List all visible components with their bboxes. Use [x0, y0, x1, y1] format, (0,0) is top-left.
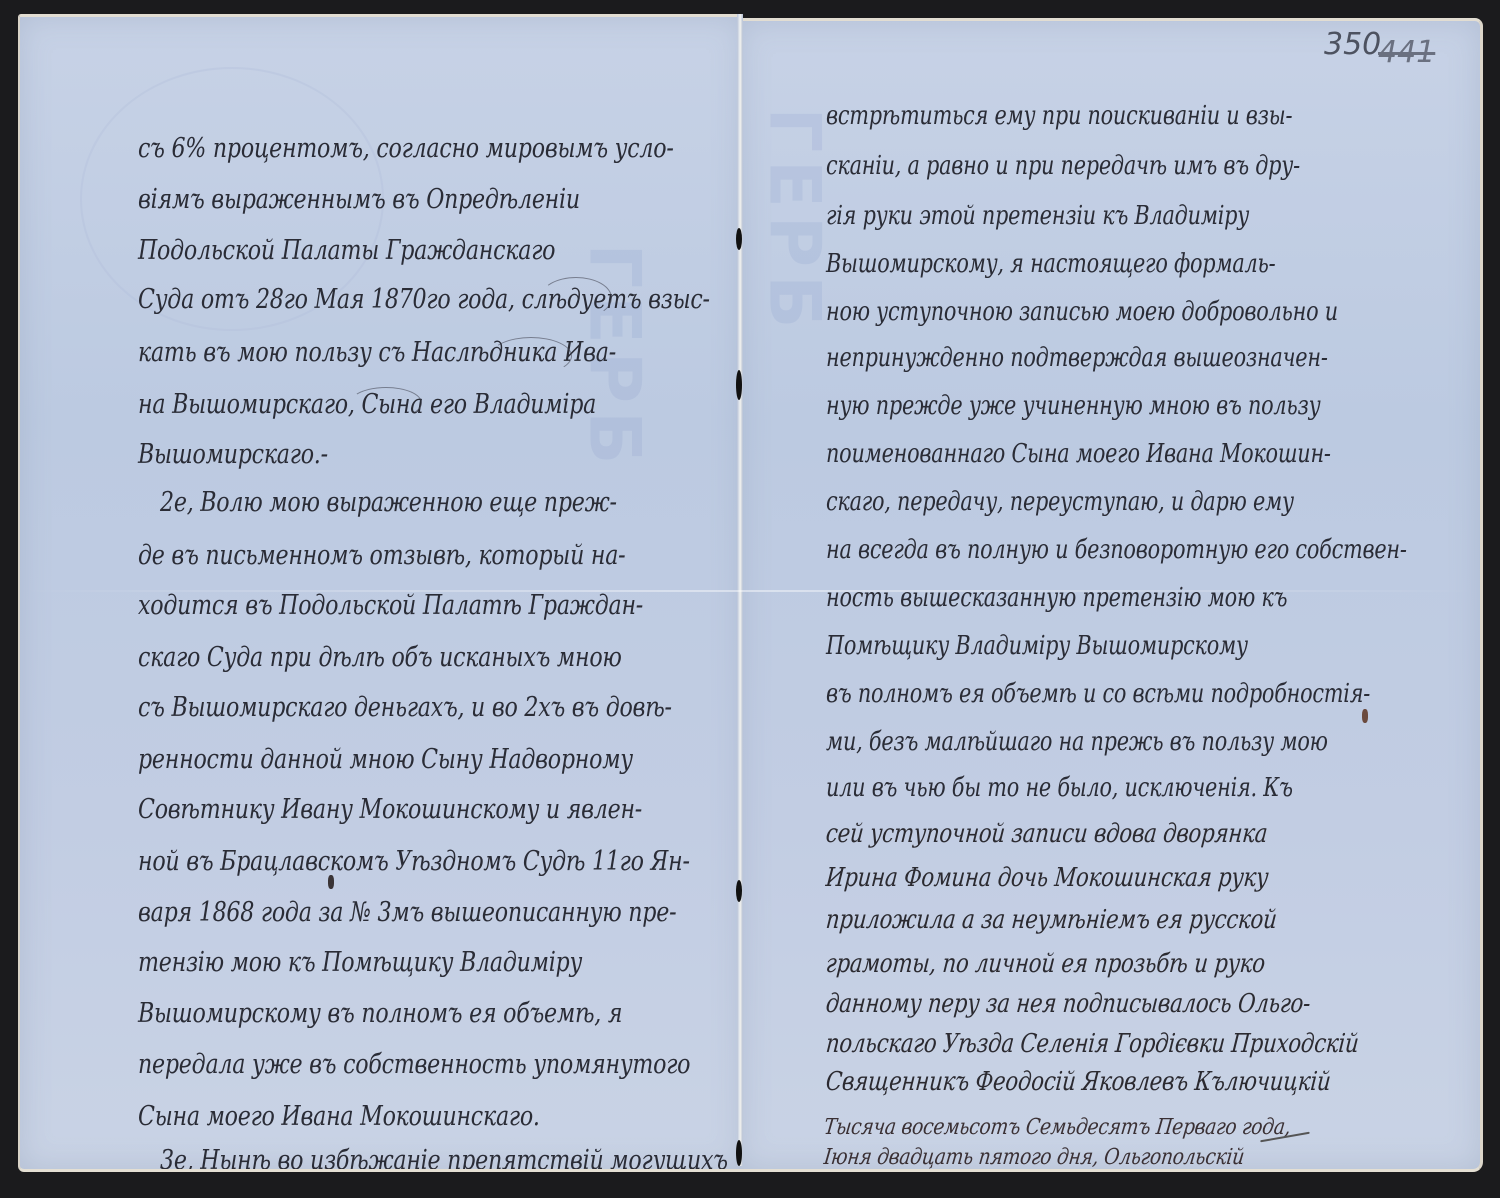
text-line: тензію мою къ Помѣщику Владиміру — [138, 947, 582, 978]
signature-line: данному перу за нея подписывалось Ольго- — [825, 989, 1312, 1019]
text-line: съ Вышомирскаго деньгахъ, и во 2хъ въ до… — [138, 692, 672, 723]
signature-line: Ирина Фомина дочь Мокошинская руку — [825, 863, 1270, 893]
binding-hole — [736, 228, 742, 250]
text-line: ми, безъ малѣйшаго на прежь въ пользу мо… — [826, 727, 1328, 757]
text-line: въ полномъ ея объемѣ и со всѣми подробно… — [826, 679, 1370, 709]
paragraph-2-start: 2е, Волю мою выраженною еще преж- — [160, 487, 617, 518]
text-line: Вышомирскаго.- — [138, 439, 328, 470]
text-line: скаго Суда при дѣлѣ объ исканыхъ мною — [138, 642, 622, 673]
text-line: поименованнаго Сына моего Ивана Мокошин- — [826, 439, 1331, 469]
text-line: ходится въ Подольской Палатѣ Граждан- — [138, 590, 643, 621]
text-line: передала уже въ собственность упомянутог… — [138, 1049, 690, 1080]
court-attestation-line: Іюня двадцать пятого дня, Ольгопольскій — [823, 1145, 1246, 1170]
text-line: ною уступочною записью моею добровольно … — [826, 297, 1338, 327]
right-page: ГЕРБ 350 441 встрѣтиться ему при поискив… — [740, 18, 1483, 1172]
capital-flourish — [350, 387, 422, 419]
text-line: ренности данной мною Сыну Надворному — [138, 744, 633, 775]
signature-line: сей уступочной записи вдова дворянка — [825, 819, 1269, 849]
signature-line: Священникъ Феодосій Яковлевъ Кълючицкій — [825, 1067, 1332, 1097]
binding-hole — [736, 880, 742, 902]
signature-line: приложила а за неумѣніемъ ея русской — [825, 905, 1278, 935]
left-page: ГЕРБ съ 6% процентомъ, согласно мировымъ… — [18, 14, 742, 1172]
capital-flourish — [540, 277, 612, 319]
text-line: ной въ Брацлавскомъ Уѣздномъ Судѣ 11го Я… — [138, 846, 690, 877]
horizontal-fold-crease — [18, 590, 1480, 592]
text-line: де въ письменномъ отзывѣ, который на- — [138, 540, 625, 571]
ink-spot — [1362, 709, 1368, 723]
signature-line: грамоты, по личной ея прозьбѣ и руко — [825, 949, 1266, 979]
text-line: съ 6% процентомъ, согласно мировымъ усло… — [138, 133, 674, 164]
text-line: Суда отъ 28го Мая 1870го года, слѣдуетъ … — [138, 284, 710, 315]
text-line: Вышомирскому, я настоящего формаль- — [826, 249, 1275, 279]
text-line: Помѣщику Владиміру Вышомирскому — [826, 631, 1248, 661]
text-line: ность вышесказанную претензію мою къ — [826, 583, 1287, 613]
text-line: или въ чью бы то не было, исключенія. Къ — [826, 773, 1293, 803]
capital-flourish — [490, 337, 572, 375]
folio-number-old-crossed: 441 — [1378, 35, 1435, 70]
text-line: варя 1868 года за № 3мъ вышеописанную пр… — [138, 897, 676, 928]
paragraph-3-start: 3е, Нынѣ во избѣжаніе препятствій могущи… — [160, 1145, 728, 1172]
text-line: Подольской Палаты Гражданскаго — [138, 235, 555, 266]
text-line: Совѣтнику Ивану Мокошинскому и явлен- — [138, 794, 642, 825]
ink-spot — [328, 875, 334, 889]
folio-number: 350 — [1324, 27, 1381, 62]
binding-hole — [736, 370, 742, 400]
text-line: встрѣтиться ему при поискиваніи и взы- — [826, 101, 1292, 131]
faint-blue-stamp: ГЕРБ — [754, 107, 836, 336]
text-line: на всегда въ полную и безповоротную его … — [826, 535, 1407, 565]
text-line: гія руки этой претензіи къ Владиміру — [826, 201, 1249, 231]
text-line: Сына моего Ивана Мокошинскаго. — [138, 1101, 540, 1132]
text-line: непринужденно подтверждая вышеозначен- — [826, 343, 1328, 373]
text-line: скаго, передачу, переуступаю, и дарю ему — [826, 487, 1294, 517]
text-line: віямъ выраженнымъ въ Опредѣленіи — [138, 184, 580, 215]
binding-hole — [736, 1140, 742, 1166]
text-line: сканіи, а равно и при передачѣ имъ въ др… — [826, 151, 1300, 181]
court-attestation-line: Тысяча восемьсотъ Семьдесятъ Перваго год… — [823, 1115, 1292, 1140]
text-line: Вышомирскому въ полномъ ея объемѣ, я — [138, 998, 622, 1029]
signature-line: польскаго Уѣзда Селенія Гордієвки Приход… — [825, 1029, 1360, 1059]
text-line: ную прежде уже учиненную мною въ пользу — [826, 391, 1320, 421]
